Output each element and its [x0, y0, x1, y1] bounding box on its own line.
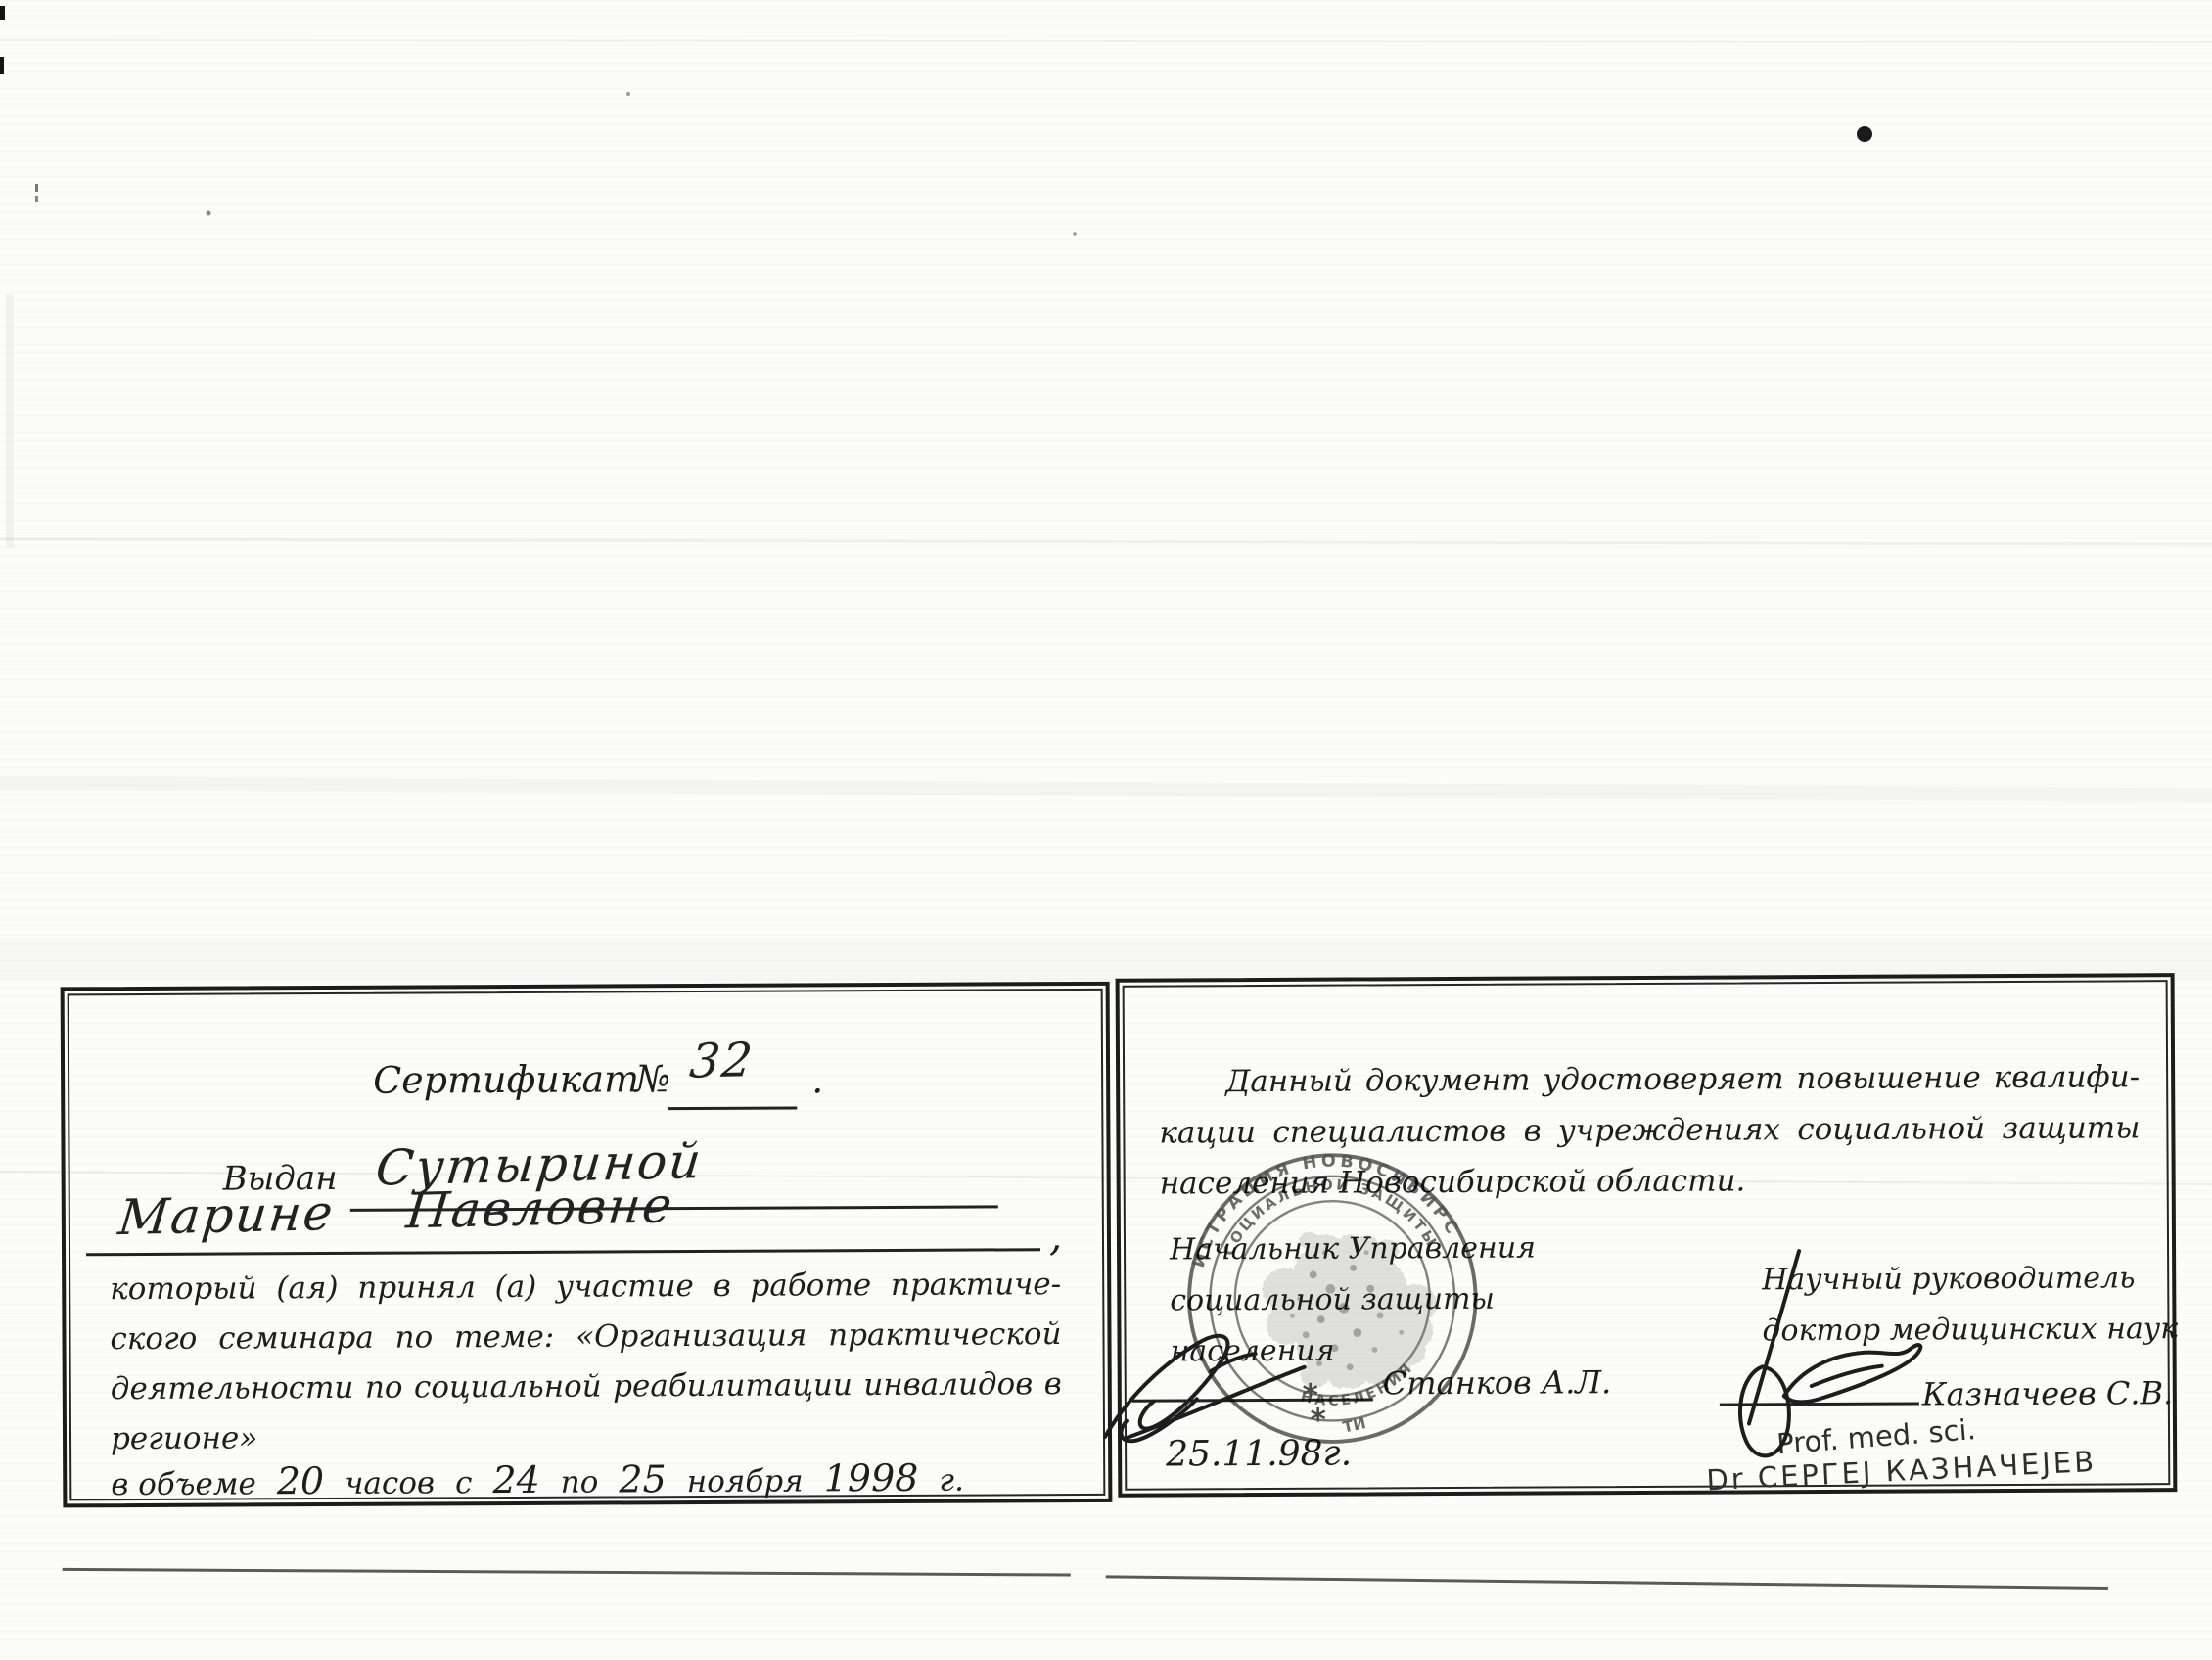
bottom-rule-left — [63, 1564, 1071, 1580]
certificate: Сертификат № 32 . Выдан Сутыриной Марине… — [0, 0, 2212, 1660]
bottom-rule-right — [1106, 1571, 2108, 1592]
signature-kaznacheev — [1739, 1250, 1921, 1455]
signature-stankov — [1104, 1335, 1305, 1441]
scanned-certificate-page: Сертификат № 32 . Выдан Сутыриной Марине… — [0, 0, 2212, 1660]
ink-overlay — [0, 0, 2212, 1660]
